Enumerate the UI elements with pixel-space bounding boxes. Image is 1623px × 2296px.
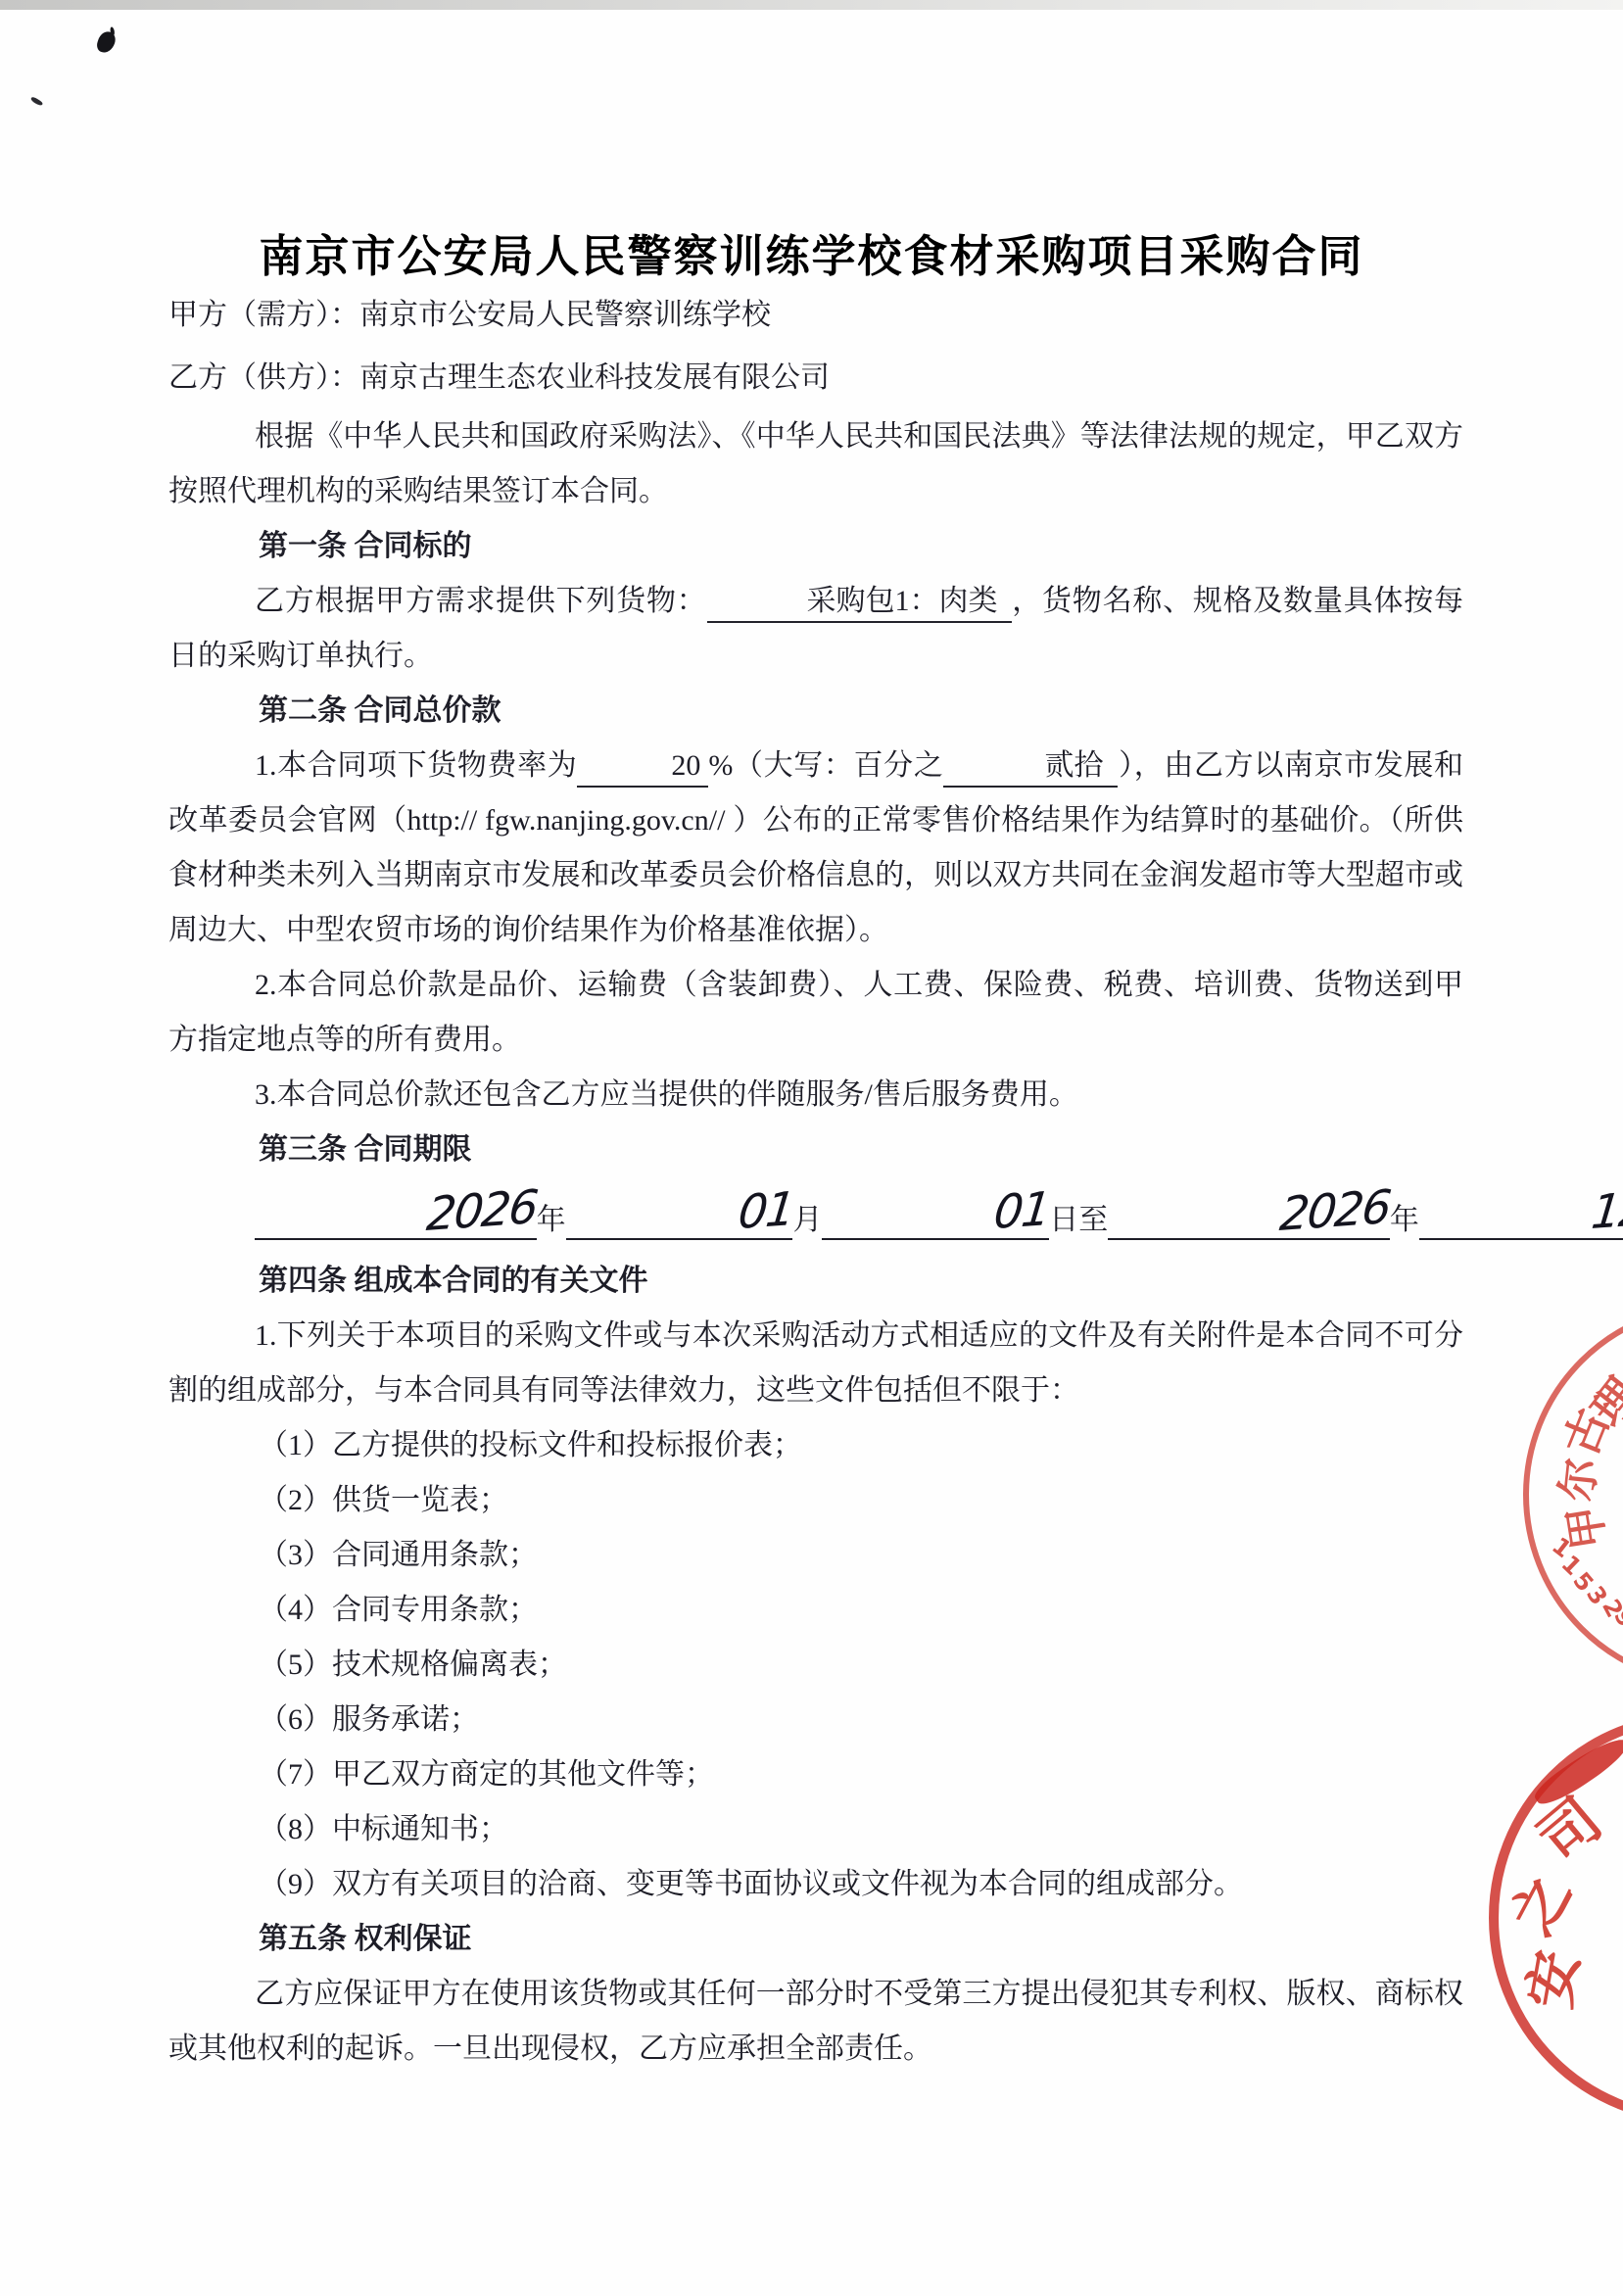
contract-period-line: 2026年01月01日至2026年12月31日。 [168, 1181, 1463, 1254]
end-month-handwriting: 12 [1502, 1176, 1623, 1254]
article4-item-8: （8）中标通知书； [168, 1802, 1463, 1857]
article4-item-4: （4）合同专用条款； [168, 1583, 1463, 1638]
contract-title: 南京市公安局人民警察训练学校食材采购项目采购合同 [0, 220, 1623, 284]
party-a-line: 甲方（需方）：南京市公安局人民警察训练学校 [168, 284, 1463, 347]
start-day-handwriting: 01 [905, 1176, 1053, 1254]
month1-label: 月 [792, 1204, 822, 1236]
article4-item-5: （5）技术规格偏离表； [168, 1638, 1463, 1693]
article5-heading: 第五条 权利保证 [168, 1912, 1463, 1967]
contract-scan-page: 南京市公安局人民警察训练学校食材采购项目采购合同 甲方（需方）：南京市公安局人民… [0, 0, 1623, 2296]
article1-text-before: 乙方根据甲方需求提供下列货物： [255, 585, 707, 617]
article2-item3: 3.本合同总价款还包含乙方应当提供的伴随服务/售后服务费用。 [168, 1068, 1463, 1123]
start-month-blank: 01 [566, 1181, 793, 1240]
article5-paragraph: 乙方应保证甲方在使用该货物或其任何一部分时不受第三方提出侵犯其专利权、版权、商标… [168, 1967, 1463, 2077]
rate-percent-blank: 20 [577, 746, 708, 788]
article3-heading: 第三条 合同期限 [168, 1123, 1463, 1177]
article2-item1-mid1: %（大写：百分之 [708, 749, 943, 782]
year1-label: 年 [537, 1204, 566, 1236]
article4-item-9: （9）双方有关项目的洽商、变更等书面协议或文件视为本合同的组成部分。 [168, 1857, 1463, 1912]
article4-item-3: （3）合同通用条款； [168, 1528, 1463, 1583]
preamble-paragraph: 根据《中华人民共和国政府采购法》、《中华人民共和国民法典》等法律法规的规定，甲乙… [168, 409, 1463, 519]
start-year-handwriting: 2026 [338, 1174, 540, 1256]
start-month-handwriting: 01 [648, 1176, 796, 1254]
rate-chinese-blank: 贰拾 [943, 746, 1118, 788]
to-label: 日至 [1049, 1204, 1108, 1236]
end-year-handwriting: 2026 [1191, 1174, 1393, 1256]
end-year-blank: 2026 [1108, 1181, 1390, 1240]
article4-intro: 1.下列关于本项目的采购文件或与本次采购活动方式相适应的文件及有关附件是本合同不… [168, 1309, 1463, 1418]
start-year-blank: 2026 [255, 1181, 537, 1240]
company-seal-char: 尔 [1542, 1455, 1608, 1504]
article2-item2: 2.本合同总价款是品价、运输费（含装卸费）、人工费、保险费、税费、培训费、货物送… [168, 958, 1463, 1068]
ink-blot-artifact [95, 29, 118, 55]
end-month-blank: 12 [1419, 1181, 1623, 1240]
article2-heading: 第二条 合同总价款 [168, 684, 1463, 739]
scan-speck-artifact [30, 96, 44, 107]
article4-item-6: （6）服务承诺； [168, 1693, 1463, 1747]
start-day-blank: 01 [822, 1181, 1049, 1240]
contract-body: 甲方（需方）：南京市公安局人民警察训练学校 乙方（供方）：南京古理生态农业科技发… [168, 284, 1463, 2077]
article1-heading: 第一条 合同标的 [168, 519, 1463, 574]
article4-item-2: （2）供货一览表； [168, 1473, 1463, 1528]
article2-item1: 1.本合同项下货物费率为20%（大写：百分之贰拾），由乙方以南京市发展和改革委员… [168, 739, 1463, 958]
year2-label: 年 [1390, 1204, 1419, 1236]
party-b-line: 乙方（供方）：南京古理生态农业科技发展有限公司 [168, 347, 1463, 409]
scanner-edge-strip [0, 0, 1623, 10]
article2-item1-pre: 1.本合同项下货物费率为 [255, 749, 577, 782]
article4-item-1: （1）乙方提供的投标文件和投标报价表； [168, 1418, 1463, 1473]
article4-heading: 第四条 组成本合同的有关文件 [168, 1254, 1463, 1309]
article1-paragraph: 乙方根据甲方需求提供下列货物：采购包1：肉类，货物名称、规格及数量具体按每日的采… [168, 574, 1463, 684]
article4-item-7: （7）甲乙双方商定的其他文件等； [168, 1747, 1463, 1802]
goods-package-blank: 采购包1：肉类 [707, 582, 1012, 623]
